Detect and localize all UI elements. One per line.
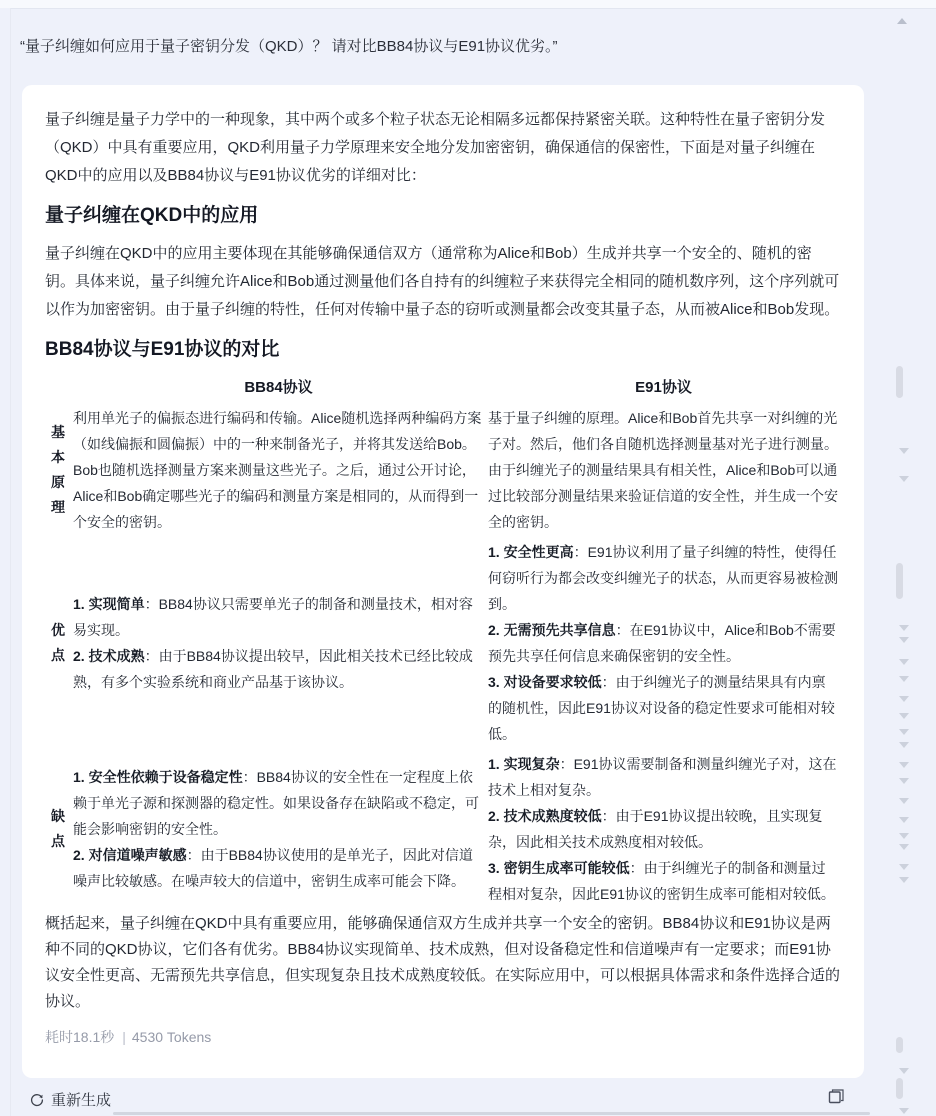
table-header-row: BB84协议 E91协议 (45, 374, 841, 403)
chevron-down-icon (899, 844, 909, 850)
row-label-cons: 缺点 (45, 749, 71, 909)
vertical-scrollbar-thumb[interactable] (896, 1037, 903, 1053)
horizontal-scrollbar[interactable] (113, 1112, 870, 1115)
refresh-icon (30, 1093, 44, 1107)
principle-e91-cell: 基于量子纠缠的原理。Alice和Bob首先共享一对纠缠的光子对。然后，他们各自随… (486, 403, 841, 537)
pros-e91-cell: 1. 安全性更高：E91协议利用了量子纠缠的特性，使得任何窃听行为都会改变纠缠光… (486, 537, 841, 749)
pros-bb84-item: 2. 技术成熟：由于BB84协议提出较早，因此相关技术已经比较成熟，有多个实验系… (73, 643, 484, 695)
chevron-down-icon (899, 864, 909, 870)
bottom-action-bar: 重新生成 (30, 1089, 906, 1111)
cons-bb84-item: 1. 安全性依赖于设备稳定性：BB84协议的安全性在一定程度上依赖于单光子源和探… (73, 764, 484, 842)
table-row-pros: 优点 1. 实现简单：BB84协议只需要单光子的制备和测量技术，相对容易实现。 … (45, 537, 841, 749)
cons-bb84-item: 2. 对信道噪声敏感：由于BB84协议使用的是单光子，因此对信道噪声比较敏感。在… (73, 842, 484, 894)
chevron-down-icon (899, 778, 909, 784)
chevron-down-icon (899, 833, 909, 839)
row-label-principle: 基本原理 (45, 403, 71, 537)
cons-e91-item: 3. 密钥生成率可能较低：由于纠缠光子的制备和测量过程相对复杂，因此E91协议的… (488, 855, 839, 907)
chevron-down-icon (899, 448, 909, 454)
top-strip (0, 0, 936, 8)
answer-conclusion: 概括起来，量子纠缠在QKD中具有重要应用，能够确保通信双方生成并共享一个安全的密… (45, 911, 841, 1015)
meta-separator: | (122, 1029, 126, 1045)
elapsed-time: 耗时18.1秒 (45, 1029, 114, 1045)
chevron-down-icon (899, 742, 909, 748)
vertical-scrollbar-thumb[interactable] (896, 366, 903, 398)
chevron-down-icon (899, 1068, 909, 1074)
chevron-down-icon (899, 676, 909, 682)
token-count: 4530 Tokens (132, 1029, 211, 1045)
chevron-down-icon (899, 762, 909, 768)
row-label-pros: 优点 (45, 537, 71, 749)
chevron-down-icon (899, 817, 909, 823)
chevron-down-icon (899, 729, 909, 735)
pros-e91-item: 1. 安全性更高：E91协议利用了量子纠缠的特性，使得任何窃听行为都会改变纠缠光… (488, 539, 839, 617)
chevron-down-icon (899, 877, 909, 883)
table-header-bb84: BB84协议 (71, 374, 486, 403)
chevron-down-icon (899, 1108, 909, 1114)
section-body-qkd-application: 量子纠缠在QKD中的应用主要体现在其能够确保通信双方（通常称为Alice和Bob… (45, 240, 841, 324)
cons-e91-cell: 1. 实现复杂：E91协议需要制备和测量纠缠光子对，这在技术上相对复杂。 2. … (486, 749, 841, 909)
section-title-protocol-comparison: BB84协议与E91协议的对比 (45, 336, 841, 364)
user-question: “量子纠缠如何应用于量子密钥分发（QKD）？ 请对比BB84协议与E91协议优劣… (20, 36, 900, 58)
pros-e91-item: 3. 对设备要求较低：由于纠缠光子的测量结果具有内禀的随机性，因此E91协议对设… (488, 669, 839, 747)
chevron-down-icon (899, 637, 909, 643)
principle-bb84-cell: 利用单光子的偏振态进行编码和传输。Alice随机选择两种编码方案（如线偏振和圆偏… (71, 403, 486, 537)
table-row-principle: 基本原理 利用单光子的偏振态进行编码和传输。Alice随机选择两种编码方案（如线… (45, 403, 841, 537)
regenerate-button[interactable]: 重新生成 (30, 1089, 111, 1110)
chevron-down-icon (899, 476, 909, 482)
answer-intro: 量子纠缠是量子力学中的一种现象，其中两个或多个粒子状态无论相隔多远都保持紧密关联… (45, 106, 841, 190)
vertical-scrollbar-thumb[interactable] (896, 1078, 903, 1099)
chevron-down-icon (899, 696, 909, 702)
cons-bb84-cell: 1. 安全性依赖于设备稳定性：BB84协议的安全性在一定程度上依赖于单光子源和探… (71, 749, 486, 909)
table-row-cons: 缺点 1. 安全性依赖于设备稳定性：BB84协议的安全性在一定程度上依赖于单光子… (45, 749, 841, 909)
scroll-up-icon[interactable] (897, 18, 907, 24)
chevron-down-icon (899, 625, 909, 631)
comparison-table: BB84协议 E91协议 基本原理 利用单光子的偏振态进行编码和传输。Alice… (45, 374, 841, 909)
chevron-down-icon (899, 713, 909, 719)
answer-card: 量子纠缠是量子力学中的一种现象，其中两个或多个粒子状态无论相隔多远都保持紧密关联… (22, 85, 864, 1078)
section-title-qkd-application: 量子纠缠在QKD中的应用 (45, 202, 841, 230)
cons-e91-item: 2. 技术成熟度较低：由于E91协议提出较晚，且实现复杂，因此相关技术成熟度相对… (488, 803, 839, 855)
chevron-down-icon (899, 659, 909, 665)
generation-meta: 耗时18.1秒|4530 Tokens (45, 1027, 841, 1047)
pros-bb84-cell: 1. 实现简单：BB84协议只需要单光子的制备和测量技术，相对容易实现。 2. … (71, 537, 486, 749)
chevron-down-icon (899, 798, 909, 804)
table-header-e91: E91协议 (486, 374, 841, 403)
pros-bb84-item: 1. 实现简单：BB84协议只需要单光子的制备和测量技术，相对容易实现。 (73, 591, 484, 643)
table-header-empty (45, 374, 71, 403)
cons-e91-item: 1. 实现复杂：E91协议需要制备和测量纠缠光子对，这在技术上相对复杂。 (488, 751, 839, 803)
copy-icon[interactable] (826, 1087, 846, 1107)
vertical-scrollbar-thumb[interactable] (896, 563, 903, 599)
regenerate-label: 重新生成 (51, 1089, 111, 1110)
pros-e91-item: 2. 无需预先共享信息：在E91协议中，Alice和Bob不需要预先共享任何信息… (488, 617, 839, 669)
